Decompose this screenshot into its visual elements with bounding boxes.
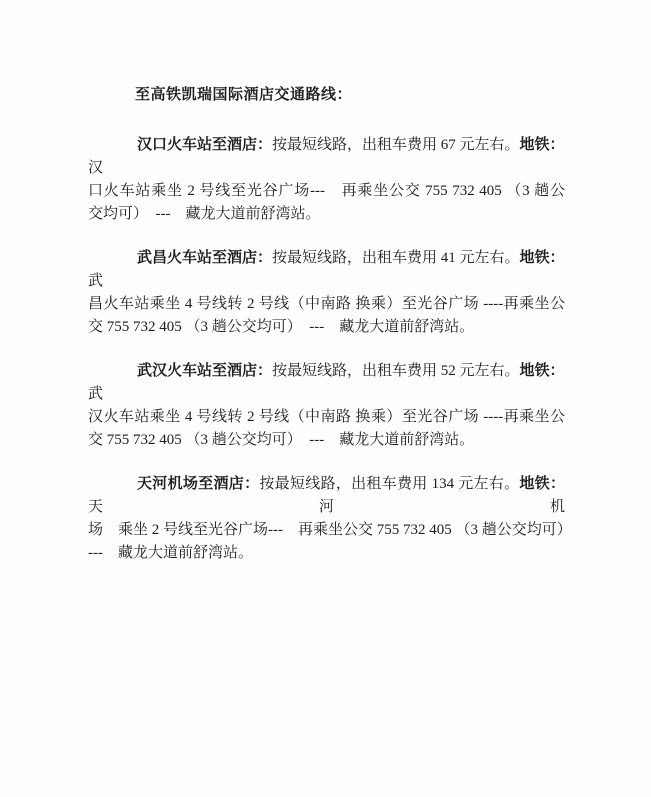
paragraph-tianhe-airport: 天河机场至酒店：按最短线路，出租车费用 134 元左右。地铁：天河机场 乘坐 2… [88, 473, 565, 565]
text-segment: 按最短线路，出租车费用 41 元左右。 [272, 250, 520, 266]
text-line: 武汉火车站至酒店：按最短线路，出租车费用 52 元左右。地铁： 武 [88, 360, 565, 406]
text-segment: 天河机场至酒店： [137, 476, 259, 492]
text-segment: 武汉火车站至酒店： [137, 363, 272, 379]
text-segment: --- 藏龙大道前舒湾站。 [88, 545, 253, 561]
text-segment: 地铁： [520, 137, 558, 153]
text-segment: 昌火车站乘坐 4 号线转 2 号线（中南路 换乘）至光谷广场 ----再乘坐公 [88, 296, 565, 312]
text-segment: 交 755 732 405 （3 趟公交均可） --- 藏龙大道前舒湾站。 [88, 432, 474, 448]
text-segment: 汉火车站乘坐 4 号线转 2 号线（中南路 换乘）至光谷广场 ----再乘坐公 [88, 409, 565, 425]
text-segment: 按最短线路，出租车费用 52 元左右。 [272, 363, 520, 379]
document-content: 至高铁凯瑞国际酒店交通路线： 汉口火车站至酒店：按最短线路，出租车费用 67 元… [88, 84, 565, 586]
text-segment: 按最短线路，出租车费用 134 元左右。 [259, 476, 519, 492]
text-line: 口火车站乘坐 2 号线至光谷广场--- 再乘坐公交 755 732 405 （3… [88, 180, 565, 203]
text-segment: 交均可） --- 藏龙大道前舒湾站。 [88, 206, 321, 222]
text-segment: 汉口火车站至酒店： [137, 137, 272, 153]
text-segment: 天河机 [88, 499, 565, 515]
text-line: 汉火车站乘坐 4 号线转 2 号线（中南路 换乘）至光谷广场 ----再乘坐公 [88, 406, 565, 429]
document-title: 至高铁凯瑞国际酒店交通路线： [88, 84, 565, 107]
text-line: 天河机场至酒店：按最短线路，出租车费用 134 元左右。地铁：天河机 [88, 473, 565, 519]
text-segment: 口火车站乘坐 2 号线至光谷广场--- 再乘坐公交 755 732 405 （3… [88, 183, 565, 199]
scanned-document-page: 至高铁凯瑞国际酒店交通路线： 汉口火车站至酒店：按最短线路，出租车费用 67 元… [0, 0, 651, 797]
text-line: 汉口火车站至酒店：按最短线路，出租车费用 67 元左右。地铁： 汉 [88, 134, 565, 180]
document-paragraphs: 汉口火车站至酒店：按最短线路，出租车费用 67 元左右。地铁： 汉口火车站乘坐 … [88, 134, 565, 565]
text-segment: 交 755 732 405 （3 趟公交均可） --- 藏龙大道前舒湾站。 [88, 319, 474, 335]
text-line: 交均可） --- 藏龙大道前舒湾站。 [88, 203, 565, 226]
text-line: 交 755 732 405 （3 趟公交均可） --- 藏龙大道前舒湾站。 [88, 316, 565, 339]
text-segment: 地铁： [520, 250, 558, 266]
text-segment: 场 乘坐 2 号线至光谷广场--- 再乘坐公交 755 732 405 （3 趟… [88, 522, 572, 538]
text-line: 武昌火车站至酒店：按最短线路，出租车费用 41 元左右。地铁： 武 [88, 247, 565, 293]
text-line: 昌火车站乘坐 4 号线转 2 号线（中南路 换乘）至光谷广场 ----再乘坐公 [88, 293, 565, 316]
text-segment: 武昌火车站至酒店： [137, 250, 272, 266]
paragraph-wuchang-railway-station: 武昌火车站至酒店：按最短线路，出租车费用 41 元左右。地铁： 武昌火车站乘坐 … [88, 247, 565, 339]
text-segment: 地铁： [520, 363, 558, 379]
text-line: 交 755 732 405 （3 趟公交均可） --- 藏龙大道前舒湾站。 [88, 429, 565, 452]
text-segment: 按最短线路，出租车费用 67 元左右。 [272, 137, 520, 153]
paragraph-hankou-railway-station: 汉口火车站至酒店：按最短线路，出租车费用 67 元左右。地铁： 汉口火车站乘坐 … [88, 134, 565, 226]
paragraph-wuhan-railway-station: 武汉火车站至酒店：按最短线路，出租车费用 52 元左右。地铁： 武汉火车站乘坐 … [88, 360, 565, 452]
text-line: --- 藏龙大道前舒湾站。 [88, 542, 565, 565]
text-segment: 地铁： [519, 476, 565, 492]
text-line: 场 乘坐 2 号线至光谷广场--- 再乘坐公交 755 732 405 （3 趟… [88, 519, 565, 542]
